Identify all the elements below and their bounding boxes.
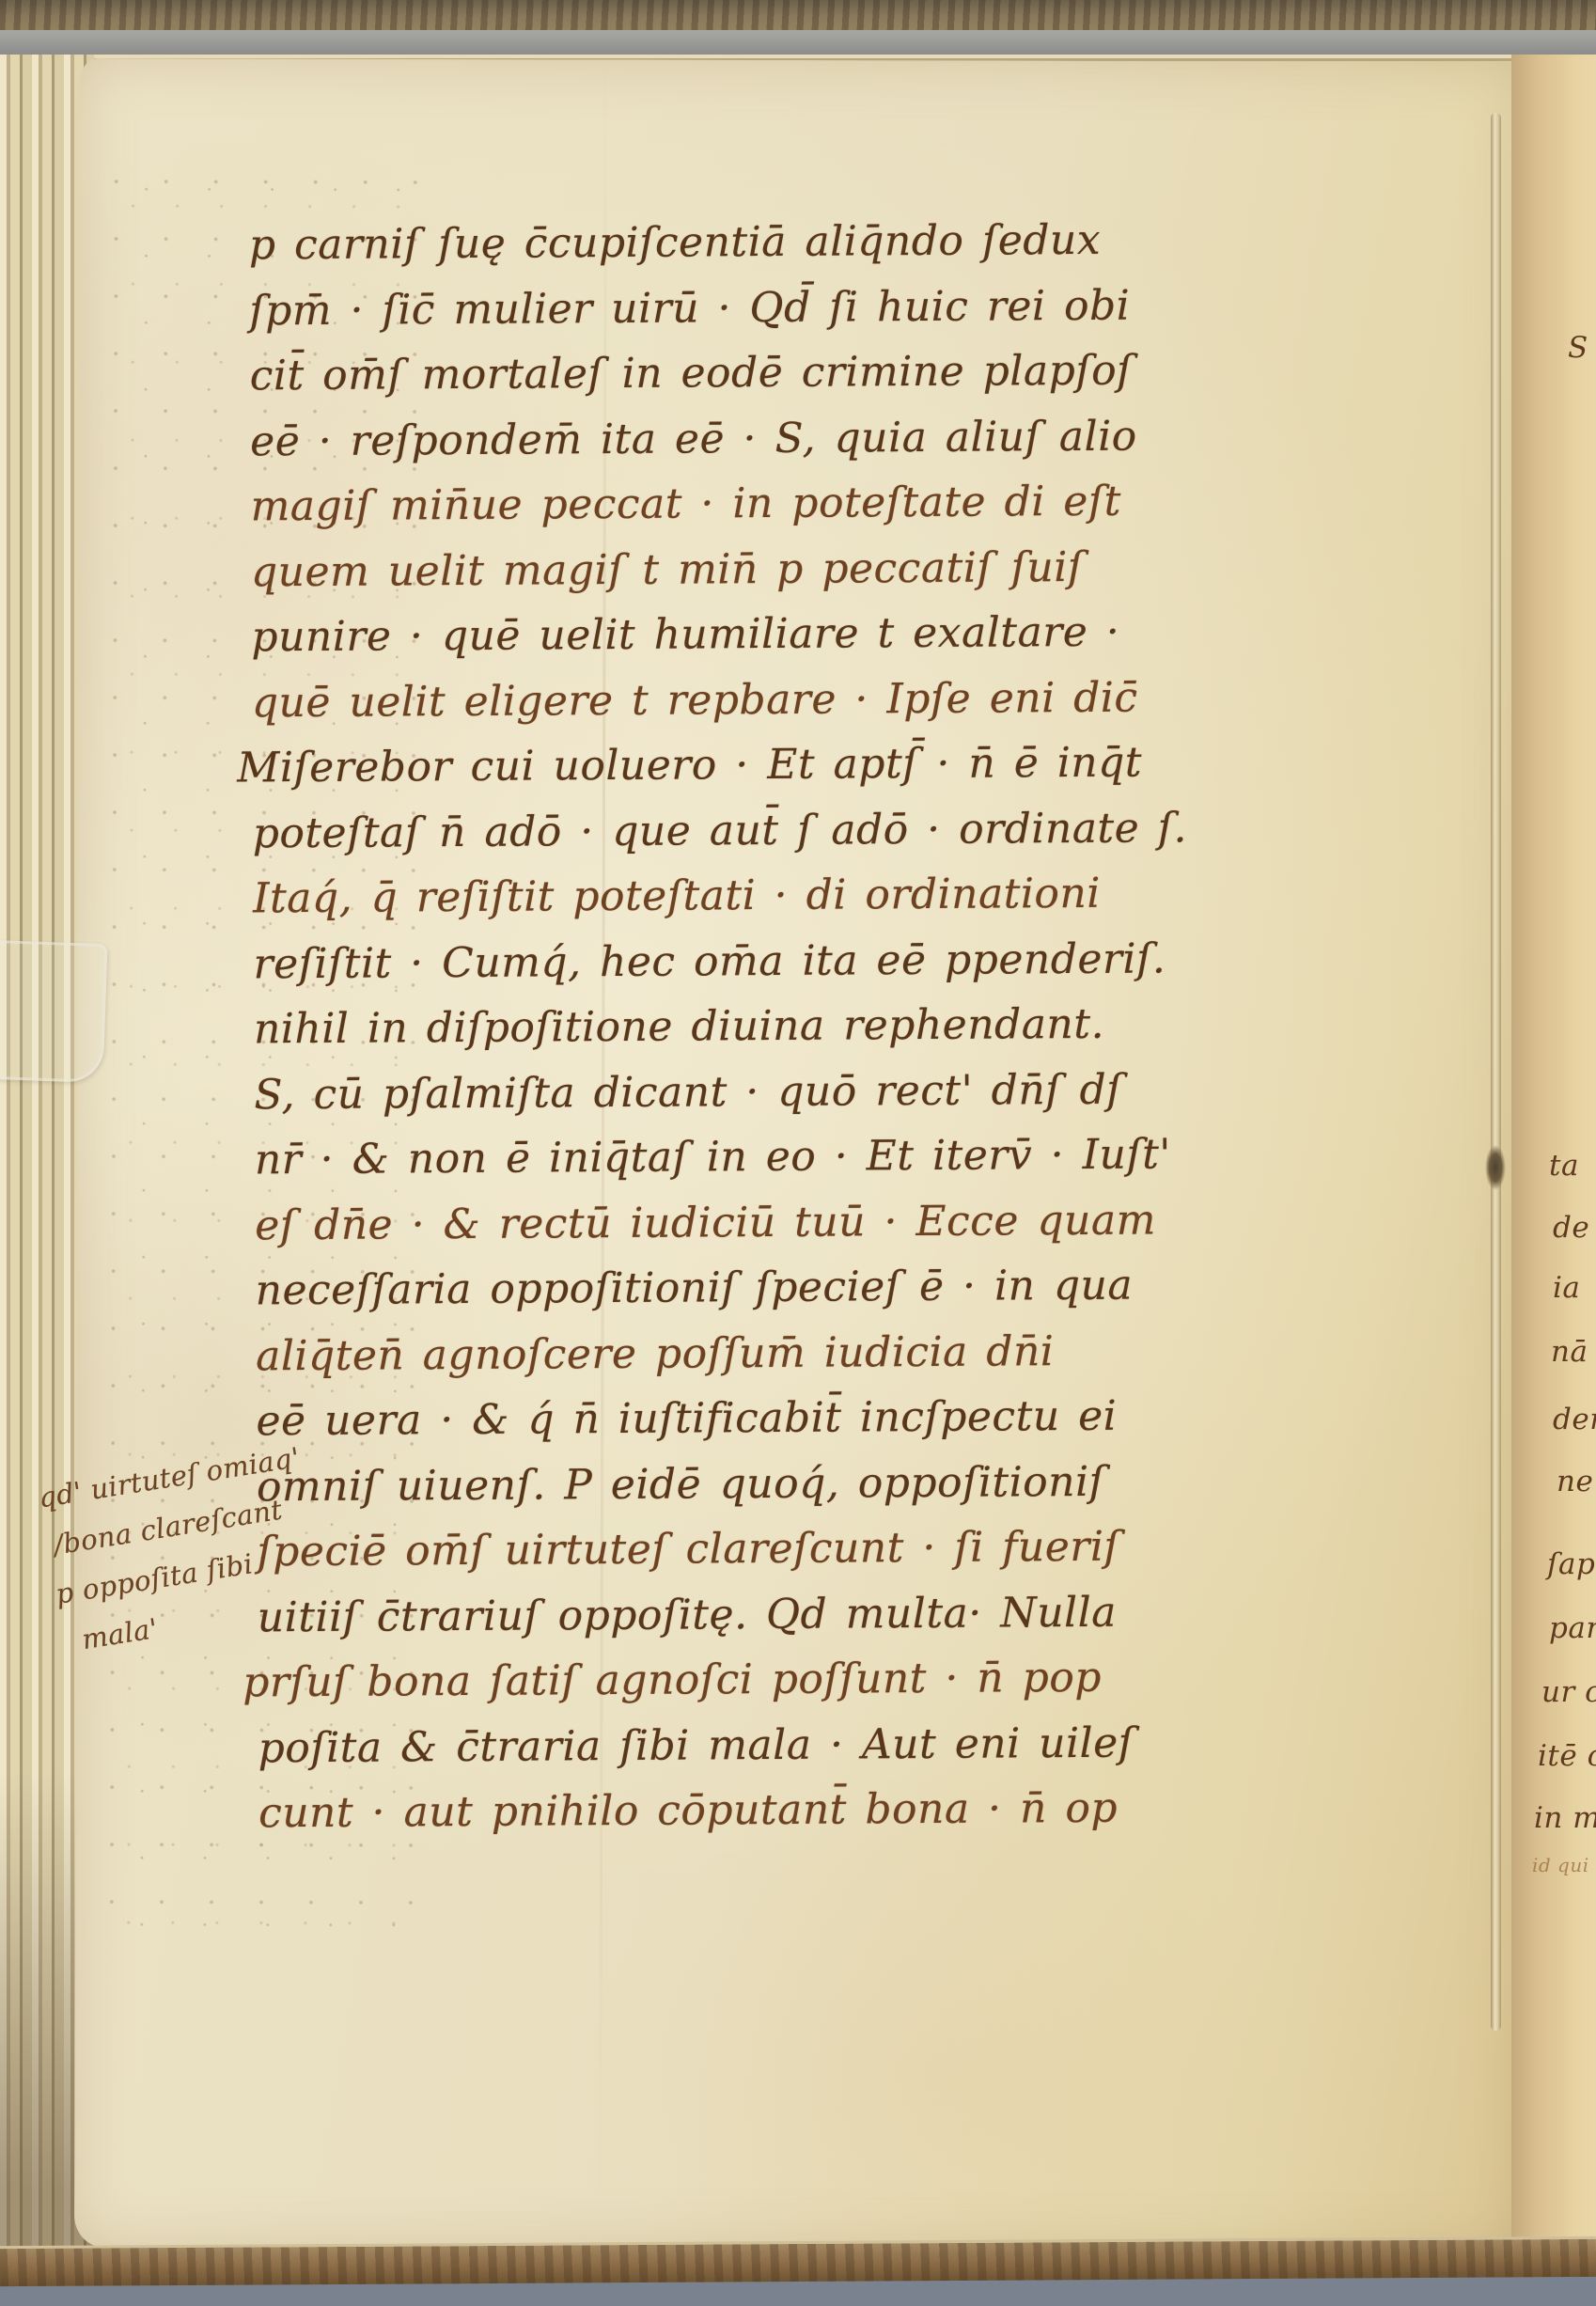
facing-page-text-fragment: ia — [1553, 1271, 1580, 1305]
text-line: uitiiſ c̄trariuſ oppoſitę. Qd multa· Nul… — [258, 1580, 981, 1650]
facing-page-text-fragment: de — [1553, 1211, 1589, 1245]
text-line: prſuſ bona ſatiſ agnoſci poſſunt · n̄ po… — [243, 1646, 981, 1716]
text-line: reſiſtit · Cumq́, hec om̄a ita eē ppende… — [253, 927, 977, 996]
text-line: ſpm̄ · ſic̄ mulier uirū · Qd̄ ſi huic re… — [249, 274, 973, 343]
text-line: p carniſ ſuę c̄cupiſcentiā aliq̄ndo ſedu… — [249, 209, 973, 278]
book-top-edge — [0, 0, 1596, 32]
text-line: cit̄ om̄ſ mortaleſ in eodē crimine plapſ… — [250, 339, 974, 409]
text-line: nihil in diſpoſitione diuina rephendant. — [254, 993, 978, 1062]
text-line: omniſ uiuenſ. P eidē quoq́, oppoſitioniſ — [257, 1450, 980, 1519]
text-line: ſpeciē om̄ſ uirtuteſ clareſcunt · ſi fue… — [257, 1515, 980, 1585]
text-line: S, cū pſalmiſta dicant · quō rect' dn̄ſ … — [254, 1058, 978, 1127]
binding-cord-knot — [1485, 1145, 1506, 1190]
top-grey-strip — [0, 30, 1596, 56]
text-line: quem uelit magiſ t min̄ p peccatiſ ſuiſ — [251, 535, 975, 604]
text-line: nr̄ · & non ē iniq̄taſ in eo · Et iterv̄… — [255, 1123, 978, 1193]
manuscript-photo: p carniſ ſuę c̄cupiſcentiā aliq̄ndo ſedu… — [0, 0, 1596, 2306]
facing-page-text-fragment: ur cu — [1541, 1675, 1596, 1709]
text-line: neceſſaria oppoſitioniſ ſpecieſ ē · in q… — [255, 1254, 978, 1324]
text-line: cunt · aut pnihilo cōputant̄ bona · n̄ o… — [258, 1777, 982, 1846]
text-line: poteſtaſ n̄ adō · que aut̄ ſ adō · ordin… — [253, 796, 977, 866]
facing-page-text-fragment: itē cu — [1538, 1739, 1596, 1773]
text-line: punire · quē uelit humiliare t exaltare … — [251, 601, 975, 670]
text-line: eē · reſpondem̄ ita eē · S, quia aliuſ a… — [250, 404, 974, 474]
facing-page-text-fragment: par — [1549, 1611, 1596, 1645]
main-text-block: p carniſ ſuę c̄cupiſcentiā aliq̄ndo ſedu… — [249, 209, 983, 1846]
text-line: magiſ min̄ue peccat · in poteſtate di eſ… — [250, 470, 974, 540]
facing-page-text-fragment: ſap — [1547, 1547, 1595, 1581]
book-bottom-edge — [0, 2236, 1596, 2286]
facing-page-text-fragment: ne — [1557, 1465, 1593, 1498]
text-line: quē uelit eligere t repbare · Ipſe eni d… — [252, 666, 976, 735]
text-line: eſ dn̄e · & rectū iudiciū tuū · Ecce qua… — [255, 1188, 978, 1258]
facing-page-text-fragment: ta — [1549, 1149, 1579, 1183]
facing-page-text-fragment: id qui — [1532, 1854, 1589, 1876]
text-line: Itaq́, q̄ reſiſtit poteſtati · di ordina… — [253, 862, 977, 932]
binding-cord — [1491, 113, 1501, 2031]
marginal-gloss: qd' uirtuteſ omiaq' /bona clareſcant p o… — [35, 1439, 289, 1668]
text-line: eē uera · & q́ n̄ iuſtificabit̄ incſpect… — [256, 1385, 979, 1454]
facing-page-text-fragment: der — [1553, 1403, 1596, 1436]
plastic-page-tab — [0, 940, 108, 1083]
text-line: Miſerebor cui uoluero · Et aptſ̄ · n̄ ē … — [237, 731, 976, 801]
facing-page-text-fragment: nā — [1551, 1335, 1588, 1369]
facing-page-text-fragment: S — [1568, 331, 1588, 365]
text-line: aliq̄ten̄ agnoſcere poſſum̄ iudicia dn̄i — [256, 1319, 979, 1388]
text-line: poſita & c̄traria ſibi mala · Aut eni ui… — [258, 1711, 981, 1780]
facing-page-text-fragment: in man — [1534, 1801, 1596, 1835]
